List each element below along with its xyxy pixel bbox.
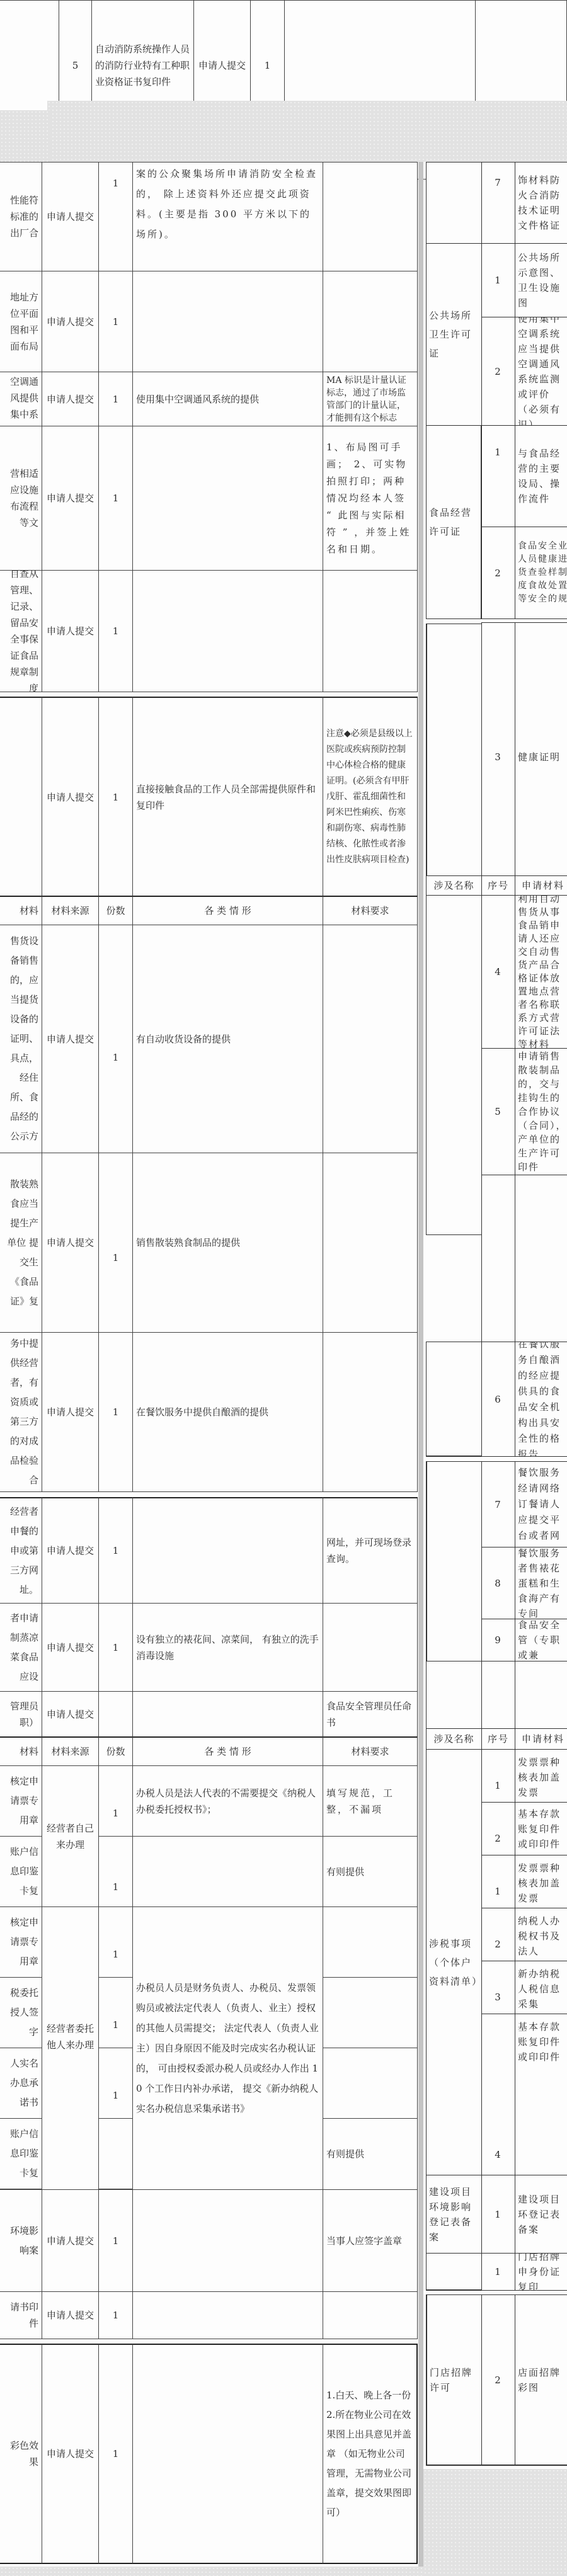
left-row-requirement: 1、布局图可手画； 2、可实物拍照打印；两种情况均经本人签 “ 此图与实际相符 … [323, 426, 418, 571]
right-seq-text: 1 [484, 2207, 512, 2222]
right-seq-text: 2 [484, 364, 512, 379]
left-row-material: 自查从管理、记录、留品安全事保证食品规章制度 [0, 570, 42, 692]
col-header-source: 材料来源 [42, 1736, 99, 1766]
left-row-requirement [323, 1332, 418, 1492]
left-row-source: 申请人提交 [42, 1497, 99, 1604]
right-seq-text: 2 [484, 2373, 512, 2388]
left-row-material-text: 性能符标准的出厂合 [3, 192, 38, 241]
left-row-source: 申请人提交 [42, 1153, 99, 1333]
right-name-text: 食品经营许可证 [429, 503, 478, 541]
left-row-source: 申请人提交 [42, 162, 99, 271]
right-col-header-seq: 序号 [481, 875, 515, 896]
right-material-cell: 使用集中空调系统应当提供空调通风系统监测或评价（必须有识） [515, 317, 567, 426]
count-value: 1 [254, 57, 281, 74]
left-row-situation [132, 2189, 323, 2292]
right-material-cell: 在餐饮服务自酿酒的经应提供具的食品安全机构出具安全性的格报告 [515, 1342, 567, 1457]
right-seq-text: 4 [484, 2147, 512, 2162]
tax-row-material: 核定申请票专用章 [0, 1765, 42, 1837]
left-row-count: 1 [98, 570, 133, 692]
right-seq-text: 1 [484, 445, 512, 460]
right-col-header-material: 申请材料 [515, 1728, 567, 1750]
right-seq-cell: 1 [481, 425, 515, 527]
tax-situation-delegate: 办税员人员是财务负责人、办税员、发票领购员或被法定代表人（负责人、业主）授权的其… [132, 1906, 323, 2190]
left-row-source: 申请人提交 [42, 697, 99, 897]
left-row-requirement-text: 网址，并可现场登录查询。 [326, 1534, 414, 1567]
right-material-cell: 健康证明 [515, 622, 567, 892]
col-header-requirement-text: 材料要求 [326, 903, 414, 919]
right-name-cell [426, 1661, 482, 1729]
right-material-text: 申请销售散装制品的，交与挂钩生的合作协议（合同），产单位的生产许可印件 [518, 1049, 567, 1174]
tax-row-count: 1 [98, 2048, 133, 2119]
tax-row-material: 人实名办息承诺书 [0, 2048, 42, 2119]
seq-value: 5 [62, 57, 88, 74]
right-name-cell [426, 1461, 482, 1661]
tax-situation-empty [132, 1836, 323, 1907]
left-row-material-text: 散装熟食应当提生产单位 提交生《食品证》复 [3, 1175, 38, 1311]
right-material-text: 发票票种核表加盖发票 [518, 1755, 567, 1800]
tax-row-material: 账户信息印鉴卡复 [0, 2118, 42, 2189]
source-value: 申请人提交 [197, 57, 247, 74]
left-row-situation-text: 直接接触食品的工作人员全部需提供原件和复印件 [136, 781, 319, 814]
left-row-count: 1 [98, 372, 133, 426]
left-row-material-text: 自查从管理、记录、留品安全事保证食品规章制度 [3, 570, 38, 692]
right-seq-text: 1 [484, 273, 512, 288]
left-row-situation: 设有独立的裱花间、凉菜间， 有独立的洗手消毒设施 [132, 1603, 323, 1692]
left-row-source-text: 申请人提交 [45, 1639, 95, 1656]
left-row-material-text: 彩色效果 [3, 2437, 38, 2470]
right-col-header-seq-text: 序号 [484, 878, 512, 893]
left-row-source: 申请人提交 [42, 372, 99, 426]
left-row-situation: 使用集中空调通风系统的提供 [132, 372, 323, 426]
left-row-material-text: 经营者申餐的申或第三方网址。 [3, 1502, 38, 1600]
left-row-count: 1 [98, 1497, 133, 1604]
right-name-cell [426, 895, 482, 1235]
right-material-cell: 发票票种核表加盖发票 [515, 1749, 567, 1803]
right-material-cell: 食品安全业人员健康进货查验样制度食故处置等安全的规 [515, 527, 567, 619]
left-row-source-text: 申请人提交 [45, 1234, 95, 1251]
right-name-cell: 食品经营许可证 [426, 425, 482, 619]
left-row-count [98, 1691, 133, 1737]
right-sign-name-cell: 门店招牌许可 [426, 2294, 482, 2466]
right-seq-text: 3 [484, 749, 512, 765]
left-row-material: 性能符标准的出厂合 [0, 162, 42, 271]
col-header-situation-text: 各 类 情 形 [136, 903, 319, 919]
left-row-count-text: 1 [102, 1250, 129, 1266]
right-seq-text: 9 [484, 1633, 512, 1648]
right-seq-cell: 6 [481, 1342, 515, 1457]
tax-row-count-text: 1 [102, 1879, 129, 1895]
right-material-text: 餐饮服务者售裱花蛋糕和生食海产有专间 [518, 1547, 567, 1619]
right-material-cell: 建设项目环登记表备案 [515, 2175, 567, 2254]
right-seq-text: 2 [484, 1937, 512, 1952]
right-name-cell [426, 162, 482, 244]
left-row-material: 彩色效果 [0, 2344, 42, 2564]
left-row-count-text: 1 [102, 1542, 129, 1559]
left-row-situation [132, 570, 323, 692]
left-row-material: 空调通风提供集中系统卫生价报告于 MA 标 [0, 372, 42, 426]
left-row-requirement [323, 925, 418, 1153]
tax-source-self-text: 经营者自己来办理 [45, 1820, 95, 1853]
right-seq-cell: 2 [481, 1908, 515, 1961]
tax-row-count: 1 [98, 1836, 133, 1907]
right-seq-text: 1 [484, 2264, 512, 2279]
left-row-source-text: 申请人提交 [45, 2233, 95, 2249]
right-material-text: 基本存款账复印件或印印件 [518, 1806, 567, 1852]
left-row-count-text: 1 [102, 1404, 129, 1420]
right-name-cell [426, 2253, 482, 2291]
left-row-situation [132, 426, 323, 571]
left-row-situation [132, 1497, 323, 1604]
right-material-cell: 饰材料防火合消防技术证明文件格证 [515, 162, 567, 244]
right-material-cell: 餐饮服务者售裱花蛋糕和生食海产有专间 [515, 1547, 567, 1619]
tax-req-empty [323, 1977, 418, 2048]
right-material-text: 使用集中空调系统应当提供空调通风系统监测或评价（必须有识） [518, 317, 567, 426]
tax-row-count-text: 1 [102, 2087, 129, 2104]
tax-source-delegate: 经营者委托他人来办理 [42, 1906, 99, 2190]
left-row-situation: 案的公众聚集场所申请消防安全检查的， 除上述资料外还应提交此项资料。(主要是指 … [132, 162, 323, 271]
tax-row-material-text: 账户信息印鉴卡复 [3, 1842, 38, 1901]
col-header-count-text: 份数 [102, 1743, 129, 1760]
left-row-material: 请书印件 [0, 2291, 42, 2339]
left-row-situation-text: 在餐饮服务中提供自酿酒的提供 [136, 1404, 319, 1420]
right-material-cell: 公共场所示意图、卫生设施图 [515, 243, 567, 317]
left-row-material: 者申请制蒸凉菜食品应设 [0, 1603, 42, 1692]
right-material-text: 食品安全业人员健康进货查验样制度食故处置等安全的规 [518, 540, 567, 606]
left-row-count: 1 [98, 2291, 133, 2339]
right-tax-name-text: 涉税事项（个体户资料清单） [429, 1934, 479, 1991]
left-row-situation: 销售散装熟食制品的提供 [132, 1153, 323, 1333]
right-material-cell: 利用自动售货从事食品销申请人还应交自动售货产品合格证体放置地点营者名称联系方式营… [515, 895, 567, 1049]
right-material-cell: 发票票种核表加盖发票 [515, 1855, 567, 1908]
right-material-cell [515, 1661, 567, 1729]
right-material-cell: 食品安全管（专职或兼 [515, 1619, 567, 1661]
left-row-requirement: 网址，并可现场登录查询。 [323, 1497, 418, 1604]
left-row-requirement [323, 570, 418, 692]
left-row-material-text: 售货设备销售的，应当提货设备的证明、具点， 经住所、食品经的公示方 [3, 932, 38, 1146]
tax-row-count: 1 [98, 1906, 133, 1978]
left-row-situation-text: 销售散装熟食制品的提供 [136, 1234, 319, 1251]
left-row-material-text: 管理员职） [3, 1698, 38, 1731]
left-row-source-text: 申请人提交 [45, 2446, 95, 2462]
right-material-text: 建设项目环登记表备案 [518, 2192, 567, 2237]
col-header-source-text: 材料来源 [45, 903, 95, 919]
material-value: 自动消防系统操作人员的消防行业特有工种职业资格证书复印件 [95, 41, 190, 90]
left-row-requirement [323, 1153, 418, 1333]
tax-situation-delegate-text: 办税员人员是财务负责人、办税员、发票领购员或被法定代表人（负责人、业主）授权的其… [136, 1978, 319, 2119]
right-seq-text: 1 [484, 1778, 512, 1793]
left-row-count: 1 [98, 426, 133, 571]
left-row-source-text: 申请人提交 [45, 314, 95, 330]
left-row-material-text: 务中提供经营者，有资质或第三方的对成品检验合 [3, 1334, 38, 1490]
right-seq-text: 5 [484, 1104, 512, 1119]
col-header-requirement: 材料要求 [323, 896, 418, 925]
left-row-material: 地址方位平面图和平面布局 [0, 271, 42, 372]
left-row-count: 1 [98, 1332, 133, 1492]
right-material-text: 发票票种核表加盖发票 [518, 1861, 567, 1906]
right-seq-text: 2 [484, 566, 512, 581]
tax-req-self-1-text: 填写规范，工整，不漏项 [326, 1785, 414, 1818]
left-row-requirement [323, 271, 418, 372]
left-row-situation-text: 设有独立的裱花间、凉菜间， 有独立的洗手消毒设施 [136, 1631, 319, 1664]
left-row-source-text: 申请人提交 [45, 391, 95, 407]
left-row-source: 申请人提交 [42, 1332, 99, 1492]
right-seq-text: 6 [484, 1392, 512, 1407]
left-row-count: 1 [98, 925, 133, 1153]
tax-row-material: 税委托授人签字 [0, 1977, 42, 2048]
left-row-material-text: 请书印件 [3, 2299, 38, 2332]
left-row-requirement-text: 1.白天、晚上各一份 2.所在物业公司在效果图上出具意见并盖章 （如无物业公司管… [326, 2386, 413, 2522]
right-seq-cell: 3 [481, 622, 515, 892]
right-col-header-name: 涉及名称 [426, 1728, 482, 1750]
left-row-requirement-text: 当事人应签字盖章 [326, 2233, 414, 2249]
left-row-count: 1 [98, 2344, 133, 2564]
right-seq-cell: 1 [481, 2253, 515, 2291]
left-row-source-text: 申请人提交 [45, 1404, 95, 1420]
left-row-requirement: MA 标识是计量认证标志，通过了市场监管部门的计量认证，才能拥有这个标志 [323, 372, 418, 426]
tax-req-delegate: 有则提供 [323, 2118, 418, 2190]
left-row-source: 申请人提交 [42, 1603, 99, 1692]
tax-row-material-text: 账户信息印鉴卡复 [3, 2124, 38, 2183]
right-material-cell: 新办纳税人税信息采集 [515, 1961, 567, 2014]
left-row-requirement: 1.白天、晚上各一份 2.所在物业公司在效果图上出具意见并盖章 （如无物业公司管… [323, 2344, 418, 2564]
left-row-count: 1 [98, 1603, 133, 1692]
right-name-cell [426, 624, 482, 892]
left-row-count-text: 1 [102, 1049, 129, 1066]
left-row-situation: 直接接触食品的工作人员全部需提供原件和复印件 [132, 697, 323, 897]
page-gutter [418, 162, 423, 2567]
right-seq-cell: 9 [481, 1619, 515, 1661]
right-seq-cell: 7 [481, 162, 515, 244]
left-row-source-text: 申请人提交 [45, 623, 95, 639]
left-row-source-text: 申请人提交 [45, 208, 95, 225]
right-material-cell: 基本存款账复印件或印印件 [515, 1802, 567, 1855]
right-seq-cell [481, 1661, 515, 1729]
tax-req-empty [323, 1906, 418, 1978]
left-row-requirement [323, 162, 418, 271]
right-col-header-name-text: 涉及名称 [429, 1731, 479, 1747]
left-row-source-text: 申请人提交 [45, 2307, 95, 2323]
left-row-source: 申请人提交 [42, 271, 99, 372]
right-seq-cell: 1 [481, 2175, 515, 2254]
left-row-situation: 在餐饮服务中提供自酿酒的提供 [132, 1332, 323, 1492]
left-row-source: 申请人提交 [42, 2291, 99, 2339]
right-seq-text: 1 [484, 1884, 512, 1899]
col-header-material: 材料 [0, 896, 42, 925]
left-row-count-text: 1 [102, 623, 129, 639]
left-row-count-text: 1 [102, 175, 129, 191]
right-material-cell: 纳税人办税权书及法人 [515, 1908, 567, 1961]
left-row-requirement [323, 2291, 418, 2339]
left-row-source: 申请人提交 [42, 570, 99, 692]
tax-situation-self: 办税人员是法人代表的不需要提交《纳税人办税委托授权书》； [132, 1765, 323, 1837]
left-row-situation [132, 1691, 323, 1737]
col-header-material-text: 材料 [3, 1743, 38, 1760]
right-col-header-material-text: 申请材料 [518, 878, 567, 893]
right-seq-cell: 2 [481, 317, 515, 426]
right-material-cell: 与食品经营的主要设局、操作流件 [515, 425, 567, 527]
tax-row-count: 1 [98, 1977, 133, 2048]
left-row-situation [132, 2344, 323, 2564]
tax-req-self-2: 有则提供 [323, 1836, 418, 1907]
left-row-material [0, 697, 42, 897]
right-material-text: 利用自动售货从事食品销申请人还应交自动售货产品合格证体放置地点营者名称联系方式营… [518, 895, 567, 1049]
tax-req-self-1: 填写规范，工整，不漏项 [323, 1765, 418, 1837]
tax-row-material: 核定申请票专用章 [0, 1906, 42, 1978]
left-row-material: 散装熟食应当提生产单位 提交生《食品证》复 [0, 1153, 42, 1333]
right-seq-cell: 2 [481, 2294, 515, 2466]
left-row-material: 营相适应设施布流程等文 [0, 426, 42, 571]
right-material-text: 门店招牌申身份证复印 [518, 2253, 567, 2291]
left-row-count: 1 [98, 697, 133, 897]
right-env-name-text: 建设项目环境影响登记表备案 [429, 2184, 479, 2245]
right-material-text: 新办纳税人税信息采集 [518, 1966, 567, 2012]
left-row-material-text: 者申请制蒸凉菜食品应设 [3, 1609, 38, 1687]
right-seq-cell: 7 [481, 1461, 515, 1547]
right-sign-name-text: 门店招牌许可 [430, 2365, 479, 2395]
right-seq-cell: 4 [481, 2014, 515, 2175]
scan-gap-band-right [423, 2469, 567, 2576]
right-material-text: 饰材料防火合消防技术证明文件格证 [518, 173, 567, 233]
left-row-situation-text: 使用集中空调通风系统的提供 [136, 391, 319, 407]
right-seq-cell: 4 [481, 895, 515, 1049]
col-header-requirement: 材料要求 [323, 1736, 418, 1766]
right-seq-text: 7 [484, 1497, 512, 1512]
col-header-count: 份数 [98, 896, 133, 925]
left-row-requirement-text: 注意◆必须是县级以上医院或疾病预防控制中心体检合格的健康证明。(必须含有甲肝戊肝… [326, 726, 414, 868]
col-header-situation-text: 各 类 情 形 [136, 1743, 319, 1760]
right-material-text: 健康证明 [518, 749, 567, 765]
left-row-count-text: 1 [102, 2307, 129, 2323]
col-header-material: 材料 [0, 1736, 42, 1766]
right-material-cell: 餐饮服务经请网络订餐请人应提交平台或者网 [515, 1461, 567, 1547]
left-row-requirement: 注意◆必须是县级以上医院或疾病预防控制中心体检合格的健康证明。(必须含有甲肝戊肝… [323, 697, 418, 897]
left-row-count-text: 1 [102, 314, 129, 330]
left-row-source-text: 申请人提交 [45, 1031, 95, 1047]
left-row-source: 申请人提交 [42, 2344, 99, 2564]
right-seq-cell: 2 [481, 1802, 515, 1855]
right-name-cell [426, 1342, 482, 1457]
col-header-situation: 各 类 情 形 [132, 1736, 323, 1766]
left-row-material-text: 地址方位平面图和平面布局 [3, 289, 38, 355]
right-col-header-name-text: 涉及名称 [429, 878, 479, 893]
right-env-name-cell: 建设项目环境影响登记表备案 [426, 2175, 482, 2254]
right-seq-cell: 1 [481, 1855, 515, 1908]
left-row-source: 申请人提交 [42, 1691, 99, 1737]
right-col-header-material-text: 申请材料 [518, 1731, 567, 1747]
tax-row-material-text: 人实名办息承诺书 [3, 2054, 38, 2112]
tax-row-material-text: 核定申请票专用章 [3, 1772, 38, 1830]
left-row-material: 务中提供经营者，有资质或第三方的对成品检验合 [0, 1332, 42, 1492]
tax-source-self: 经营者自己来办理 [42, 1765, 99, 1907]
left-row-source-text: 申请人提交 [45, 490, 95, 506]
left-row-situation-text: 有自动收货设备的提供 [136, 1031, 319, 1047]
left-row-situation [132, 271, 323, 372]
tax-row-count-text: 1 [102, 2017, 129, 2033]
left-row-source: 申请人提交 [42, 2189, 99, 2292]
col-header-count: 份数 [98, 1736, 133, 1766]
tax-req-empty [323, 2048, 418, 2119]
left-row-requirement-text: 食品安全管理员任命书 [326, 1698, 414, 1731]
left-row-count-text: 1 [102, 2233, 129, 2249]
left-row-count: 1 [98, 271, 133, 372]
left-row-count: 1 [98, 2189, 133, 2292]
left-row-source-text: 申请人提交 [45, 789, 95, 806]
right-seq-cell: 8 [481, 1547, 515, 1619]
left-row-material-text: 营相适应设施布流程等文 [3, 465, 38, 531]
right-seq-cell: 3 [481, 1961, 515, 2014]
left-row-requirement: 当事人应签字盖章 [323, 2189, 418, 2292]
right-seq-text: 7 [484, 175, 512, 190]
tax-row-count-text: 1 [102, 1805, 129, 1821]
left-row-situation: 有自动收货设备的提供 [132, 925, 323, 1153]
right-tax-name-cell: 涉税事项（个体户资料清单） [426, 1749, 482, 2175]
right-material-text: 食品安全管（专职或兼 [518, 1619, 567, 1661]
scan-gap-band-left [0, 110, 50, 162]
left-row-count: 1 [98, 162, 133, 271]
left-row-count-text: 1 [102, 490, 129, 506]
right-material-text: 餐饮服务经请网络订餐请人应提交平台或者网 [518, 1465, 567, 1544]
right-seq-text: 8 [484, 1576, 512, 1591]
scan-gap-band [47, 101, 567, 162]
right-material-text: 在餐饮服务自酿酒的经应提供具的食品安全机构出具安全性的格报告 [518, 1342, 567, 1457]
left-row-count-text: 1 [102, 2446, 129, 2462]
right-seq-text: 4 [484, 964, 512, 979]
left-row-requirement [323, 1603, 418, 1692]
right-material-text: 与食品经营的主要设局、操作流件 [518, 446, 567, 506]
col-header-source: 材料来源 [42, 896, 99, 925]
right-material-cell: 店面招牌彩图 [515, 2294, 567, 2466]
right-material-cell: 基本存款账复印件或印印件 [515, 2014, 567, 2175]
right-material-text: 基本存款账复印件或印印件 [518, 2019, 567, 2065]
left-row-requirement-text: 1、布局图可手画； 2、可实物拍照打印；两种情况均经本人签 “ 此图与实际相符 … [326, 439, 414, 558]
tax-req-delegate-text: 有则提供 [326, 2146, 414, 2162]
tax-row-material-text: 税委托授人签字 [3, 1983, 38, 2042]
left-row-count-text: 1 [102, 1639, 129, 1656]
left-row-situation [132, 2291, 323, 2339]
right-col-header-seq: 序号 [481, 1728, 515, 1750]
left-row-count: 1 [98, 1153, 133, 1333]
left-row-material: 经营者申餐的申或第三方网址。 [0, 1497, 42, 1604]
col-header-count-text: 份数 [102, 903, 129, 919]
tax-row-count: 1 [98, 1765, 133, 1837]
col-header-requirement-text: 材料要求 [326, 1743, 414, 1760]
left-row-source-text: 申请人提交 [45, 1542, 95, 1559]
tax-row-count [98, 2118, 133, 2189]
right-seq-cell: 5 [481, 1048, 515, 1175]
left-row-situation-text: 案的公众聚集场所申请消防安全检查的， 除上述资料外还应提交此项资料。(主要是指 … [136, 164, 319, 244]
left-row-material: 管理员职） [0, 1691, 42, 1737]
right-seq-cell: 1 [481, 243, 515, 317]
col-header-situation: 各 类 情 形 [132, 896, 323, 925]
left-row-requirement: 食品安全管理员任命书 [323, 1691, 418, 1737]
left-row-requirement-text: MA 标识是计量认证标志，通过了市场监管部门的计量认证，才能拥有这个标志 [326, 374, 414, 425]
left-row-material-text: 环境影响案 [3, 2221, 38, 2260]
tax-situation-self-text: 办税人员是法人代表的不需要提交《纳税人办税委托授权书》； [136, 1785, 319, 1818]
tax-req-self-2-text: 有则提供 [326, 1864, 414, 1880]
right-seq-cell: 1 [481, 1749, 515, 1803]
right-material-text: 纳税人办税权书及法人 [518, 1913, 567, 1959]
left-row-source-text: 申请人提交 [45, 1706, 95, 1723]
right-seq-text: 3 [484, 1990, 512, 2005]
right-material-cell: 申请销售散装制品的，交与挂钩生的合作协议（合同），产单位的生产许可印件 [515, 1048, 567, 1175]
right-col-header-name: 涉及名称 [426, 875, 482, 896]
tax-row-material-text: 核定申请票专用章 [3, 1913, 38, 1971]
right-material-text: 店面招牌彩图 [518, 2365, 567, 2395]
right-col-header-material: 申请材料 [515, 875, 567, 896]
left-row-count-text: 1 [102, 391, 129, 407]
right-material-text: 公共场所示意图、卫生设施图 [518, 250, 567, 311]
right-seq-text: 2 [484, 1831, 512, 1846]
